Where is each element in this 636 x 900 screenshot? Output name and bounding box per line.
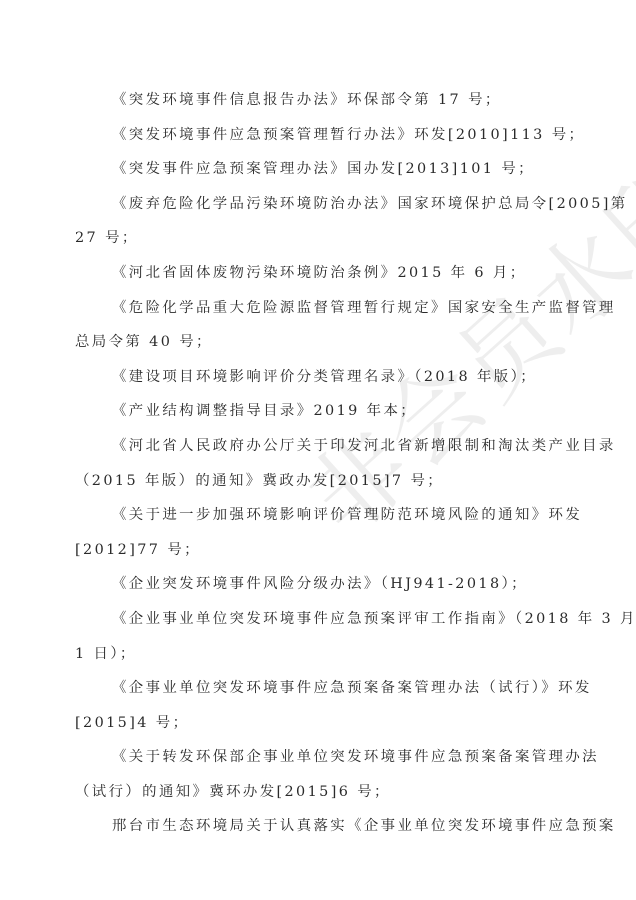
- document-page: 非会员水印 《突发环境事件信息报告办法》环保部令第 17 号； 《突发环境事件应…: [0, 0, 636, 900]
- list-item: 《建设项目环境影响评价分类管理名录》（2018 年版）；: [75, 360, 563, 395]
- list-item-continuation: [2012]77 号；: [75, 533, 563, 568]
- list-item-continuation: （试行）的通知》冀环办发[2015]6 号；: [75, 775, 563, 810]
- list-item: 《关于进一步加强环境影响评价管理防范环境风险的通知》环发: [75, 498, 563, 533]
- list-item-continuation: （2015 年版）的通知》冀政办发[2015]7 号；: [75, 464, 563, 499]
- list-item: 《关于转发环保部企事业单位突发环境事件应急预案备案管理办法: [75, 740, 563, 775]
- list-item-continuation: 27 号；: [75, 221, 563, 256]
- list-item: 《企业事业单位突发环境事件应急预案评审工作指南》（2018 年 3 月: [75, 602, 563, 637]
- list-item: 《河北省固体废物污染环境防治条例》2015 年 6 月；: [75, 256, 563, 291]
- list-item: 《危险化学品重大危险源监督管理暂行规定》国家安全生产监督管理: [75, 291, 563, 326]
- list-item: 《产业结构调整指导目录》2019 年本；: [75, 394, 563, 429]
- list-item-continuation: [2015]4 号；: [75, 706, 563, 741]
- list-item: 《突发环境事件信息报告办法》环保部令第 17 号；: [75, 83, 563, 118]
- regulation-list: 《突发环境事件信息报告办法》环保部令第 17 号； 《突发环境事件应急预案管理暂…: [75, 83, 563, 844]
- list-item: 《企事业单位突发环境事件应急预案备案管理办法（试行）》环发: [75, 671, 563, 706]
- list-item-continuation: 总局令第 40 号；: [75, 325, 563, 360]
- list-item-continuation: 1 日）；: [75, 637, 563, 672]
- page-number: 7: [0, 822, 636, 832]
- list-item: 《突发环境事件应急预案管理暂行办法》环发[2010]113 号；: [75, 118, 563, 153]
- list-item: 《企业突发环境事件风险分级办法》（HJ941-2018）；: [75, 567, 563, 602]
- list-item: 《废弃危险化学品污染环境防治办法》国家环境保护总局令[2005]第: [75, 187, 563, 222]
- list-item: 《河北省人民政府办公厅关于印发河北省新增限制和淘汰类产业目录: [75, 429, 563, 464]
- list-item: 《突发事件应急预案管理办法》国办发[2013]101 号；: [75, 152, 563, 187]
